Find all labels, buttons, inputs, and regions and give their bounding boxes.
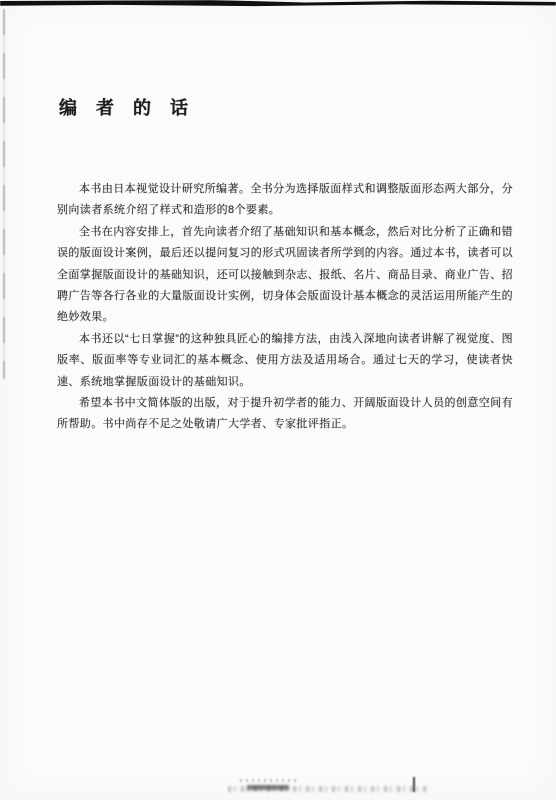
scanned-book-page: 编 者 的 话 本书由日本视觉设计研究所编著。全书分为选择版面样式和调整版面形态… [0,0,556,800]
scan-artifact-bleed-through-dark-spot [247,785,289,790]
preface-paragraph: 本书还以“七日掌握”的这种独具匠心的编排方法，由浅入深地向读者讲解了视觉度、图版… [57,329,513,393]
scan-artifact-ink-tick [413,777,415,792]
scan-artifact-bleed-through-specks [240,779,300,782]
scan-artifact-top-bar [0,0,556,7]
preface-paragraph: 本书由日本视觉设计研究所编著。全书分为选择版面样式和调整版面形态两大部分，分别向… [57,179,513,222]
page-title: 编 者 的 话 [59,94,195,120]
preface-paragraph: 希望本书中文简体版的出版，对于提升初学者的能力、开阔版面设计人员的创意空间有所帮… [57,393,513,436]
preface-text-block: 本书由日本视觉设计研究所编著。全书分为选择版面样式和调整版面形态两大部分，分别向… [57,179,513,436]
preface-paragraph: 全书在内容安排上，首先向读者介绍了基础知识和基本概念，然后对比分析了正确和错误的… [57,222,513,329]
scan-artifact-left-line [3,9,5,379]
